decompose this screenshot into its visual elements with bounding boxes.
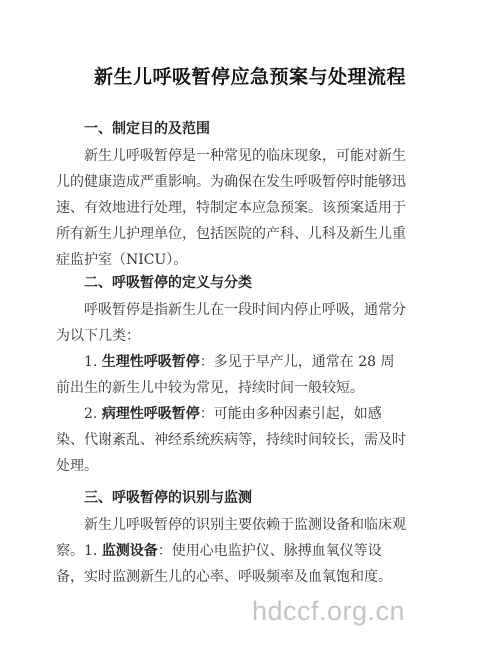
paragraph-purpose: 新生儿呼吸暂停是一种常见的临床现象，可能对新生儿的健康造成严重影响。为确保在发生… (56, 143, 408, 273)
list-item-pathological: 2. 病理性呼吸暂停：可能由多种因素引起，如感染、代谢紊乱、神经系统疾病等，持续… (56, 401, 408, 479)
section-heading-purpose: 一、制定目的及范围 (84, 118, 210, 138)
list-item-physiological: 1. 生理性呼吸暂停：多见于早产儿，通常在 28 周前出生的新生儿中较为常见，持… (56, 349, 408, 401)
section-heading-monitoring: 三、呼吸暂停的识别与监测 (84, 487, 252, 507)
document-title: 新生儿呼吸暂停应急预案与处理流程 (0, 62, 500, 89)
list-item-devices: 1. 监测设备：使用心电监护仪、脉搏血氧仪等设备，实时监测新生儿的心率、呼吸频率… (56, 538, 408, 590)
section-heading-definition: 二、呼吸暂停的定义与分类 (84, 272, 252, 292)
watermark: hdccf.org.cn (252, 596, 405, 627)
paragraph-definition: 呼吸暂停是指新生儿在一段时间内停止呼吸，通常分为以下几类： (56, 297, 408, 349)
